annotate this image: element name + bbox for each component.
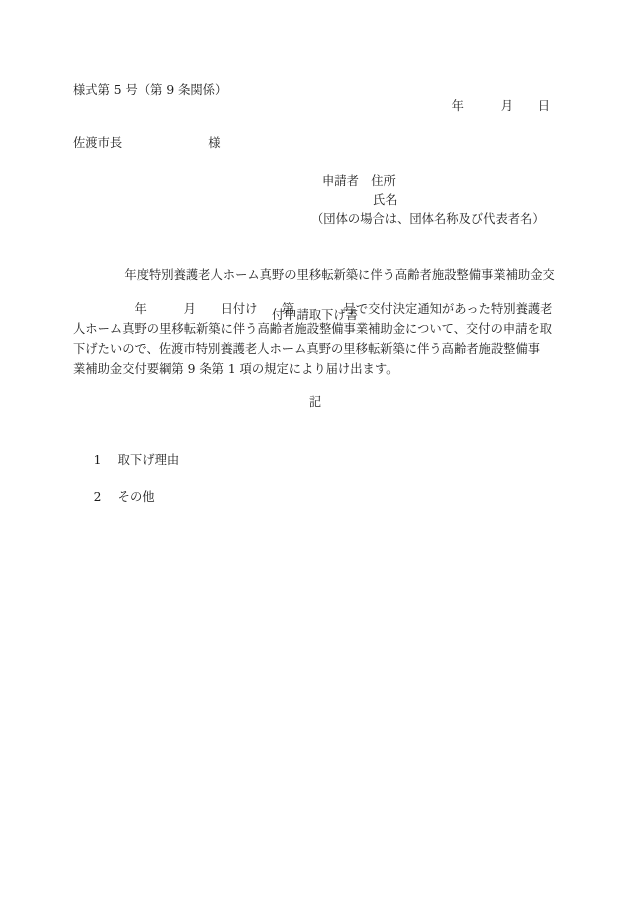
applicant-address-line: 申請者 住所 xyxy=(322,171,396,191)
list-item-1-label: 取下げ理由 xyxy=(118,453,180,467)
applicant-name-line: 氏名 xyxy=(373,190,398,210)
body-line1: 年 月 日付け 第 号で交付決定通知があった特別養護老 xyxy=(73,299,552,319)
document-title-line1: 年度特別養護老人ホーム真野の里移転新築に伴う高齢者施設整備事業補助金交 xyxy=(73,265,557,285)
list-item-1-number: 1 xyxy=(94,453,118,467)
date-line: 年 月 日 xyxy=(452,96,550,116)
ki-marker: 記 xyxy=(73,392,557,412)
addressee-line: 佐渡市長 様 xyxy=(73,133,221,153)
body-line2: 人ホーム真野の里移転新築に伴う高齢者施設整備事業補助金について、交付の申請を取 xyxy=(73,319,552,339)
applicant-note: （団体の場合は、団体名称及び代表者名） xyxy=(311,209,545,229)
body-line4: 業補助金交付要綱第 9 条第 1 項の規定により届け出ます。 xyxy=(73,359,552,379)
list-item-2-label: その他 xyxy=(118,490,155,504)
body-paragraph: 年 月 日付け 第 号で交付決定通知があった特別養護老 人ホーム真野の里移転新築… xyxy=(73,299,552,379)
document-page: 様式第 5 号（第 9 条関係） 年 月 日 佐渡市長 様 申請者 住所 氏名 … xyxy=(0,0,630,903)
list-item-2: 2 その他 xyxy=(78,467,155,527)
form-number: 様式第 5 号（第 9 条関係） xyxy=(73,80,227,100)
body-line3: 下げたいので、佐渡市特別養護老人ホーム真野の里移転新築に伴う高齢者施設整備事 xyxy=(73,339,552,359)
list-item-2-number: 2 xyxy=(94,490,118,504)
